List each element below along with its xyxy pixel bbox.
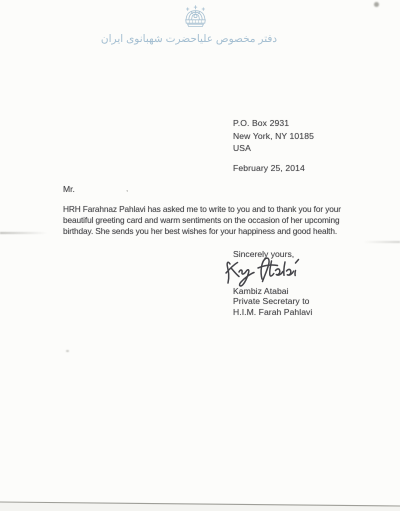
sender-address-block: P.O. Box 2931 New York, NY 10185 USA <box>233 117 314 155</box>
sender-name: Kambiz Atabai <box>233 286 312 296</box>
letterhead-persian-text: دفتر مخصوص علیاحضرت شهبانوی ایران <box>0 33 389 45</box>
body-line: birthday. She sends you her best wishes … <box>63 226 341 237</box>
sender-address-line: USA <box>233 142 314 155</box>
body-line: HRH Farahnaz Pahlavi has asked me to wri… <box>63 204 341 215</box>
salutation: Mr. <box>63 184 75 194</box>
sender-address-line: P.O. Box 2931 <box>233 117 314 130</box>
scan-speck-artifact <box>66 350 69 352</box>
letter-body: HRH Farahnaz Pahlavi has asked me to wri… <box>63 204 341 238</box>
handwritten-signature <box>224 256 300 290</box>
paper-edge <box>0 494 400 511</box>
body-line: beautiful greeting card and warm sentime… <box>63 215 341 226</box>
letter-page: دفتر مخصوص علیاحضرت شهبانوی ایران P.O. B… <box>0 0 400 511</box>
scan-line-artifact-right <box>364 241 400 243</box>
scan-dot-artifact <box>374 2 379 7</box>
pahlavi-crown-icon <box>183 4 208 29</box>
sender-address-line: New York, NY 10185 <box>233 130 314 143</box>
signature-block: Kambiz Atabai Private Secretary to H.I.M… <box>233 286 312 317</box>
scan-line-artifact-left <box>0 232 47 234</box>
date-line: February 25, 2014 <box>233 163 305 173</box>
sender-title-line: Private Secretary to <box>233 296 312 306</box>
sender-title-line: H.I.M. Farah Pahlavi <box>233 307 312 317</box>
scan-stray-mark: , <box>126 184 128 193</box>
